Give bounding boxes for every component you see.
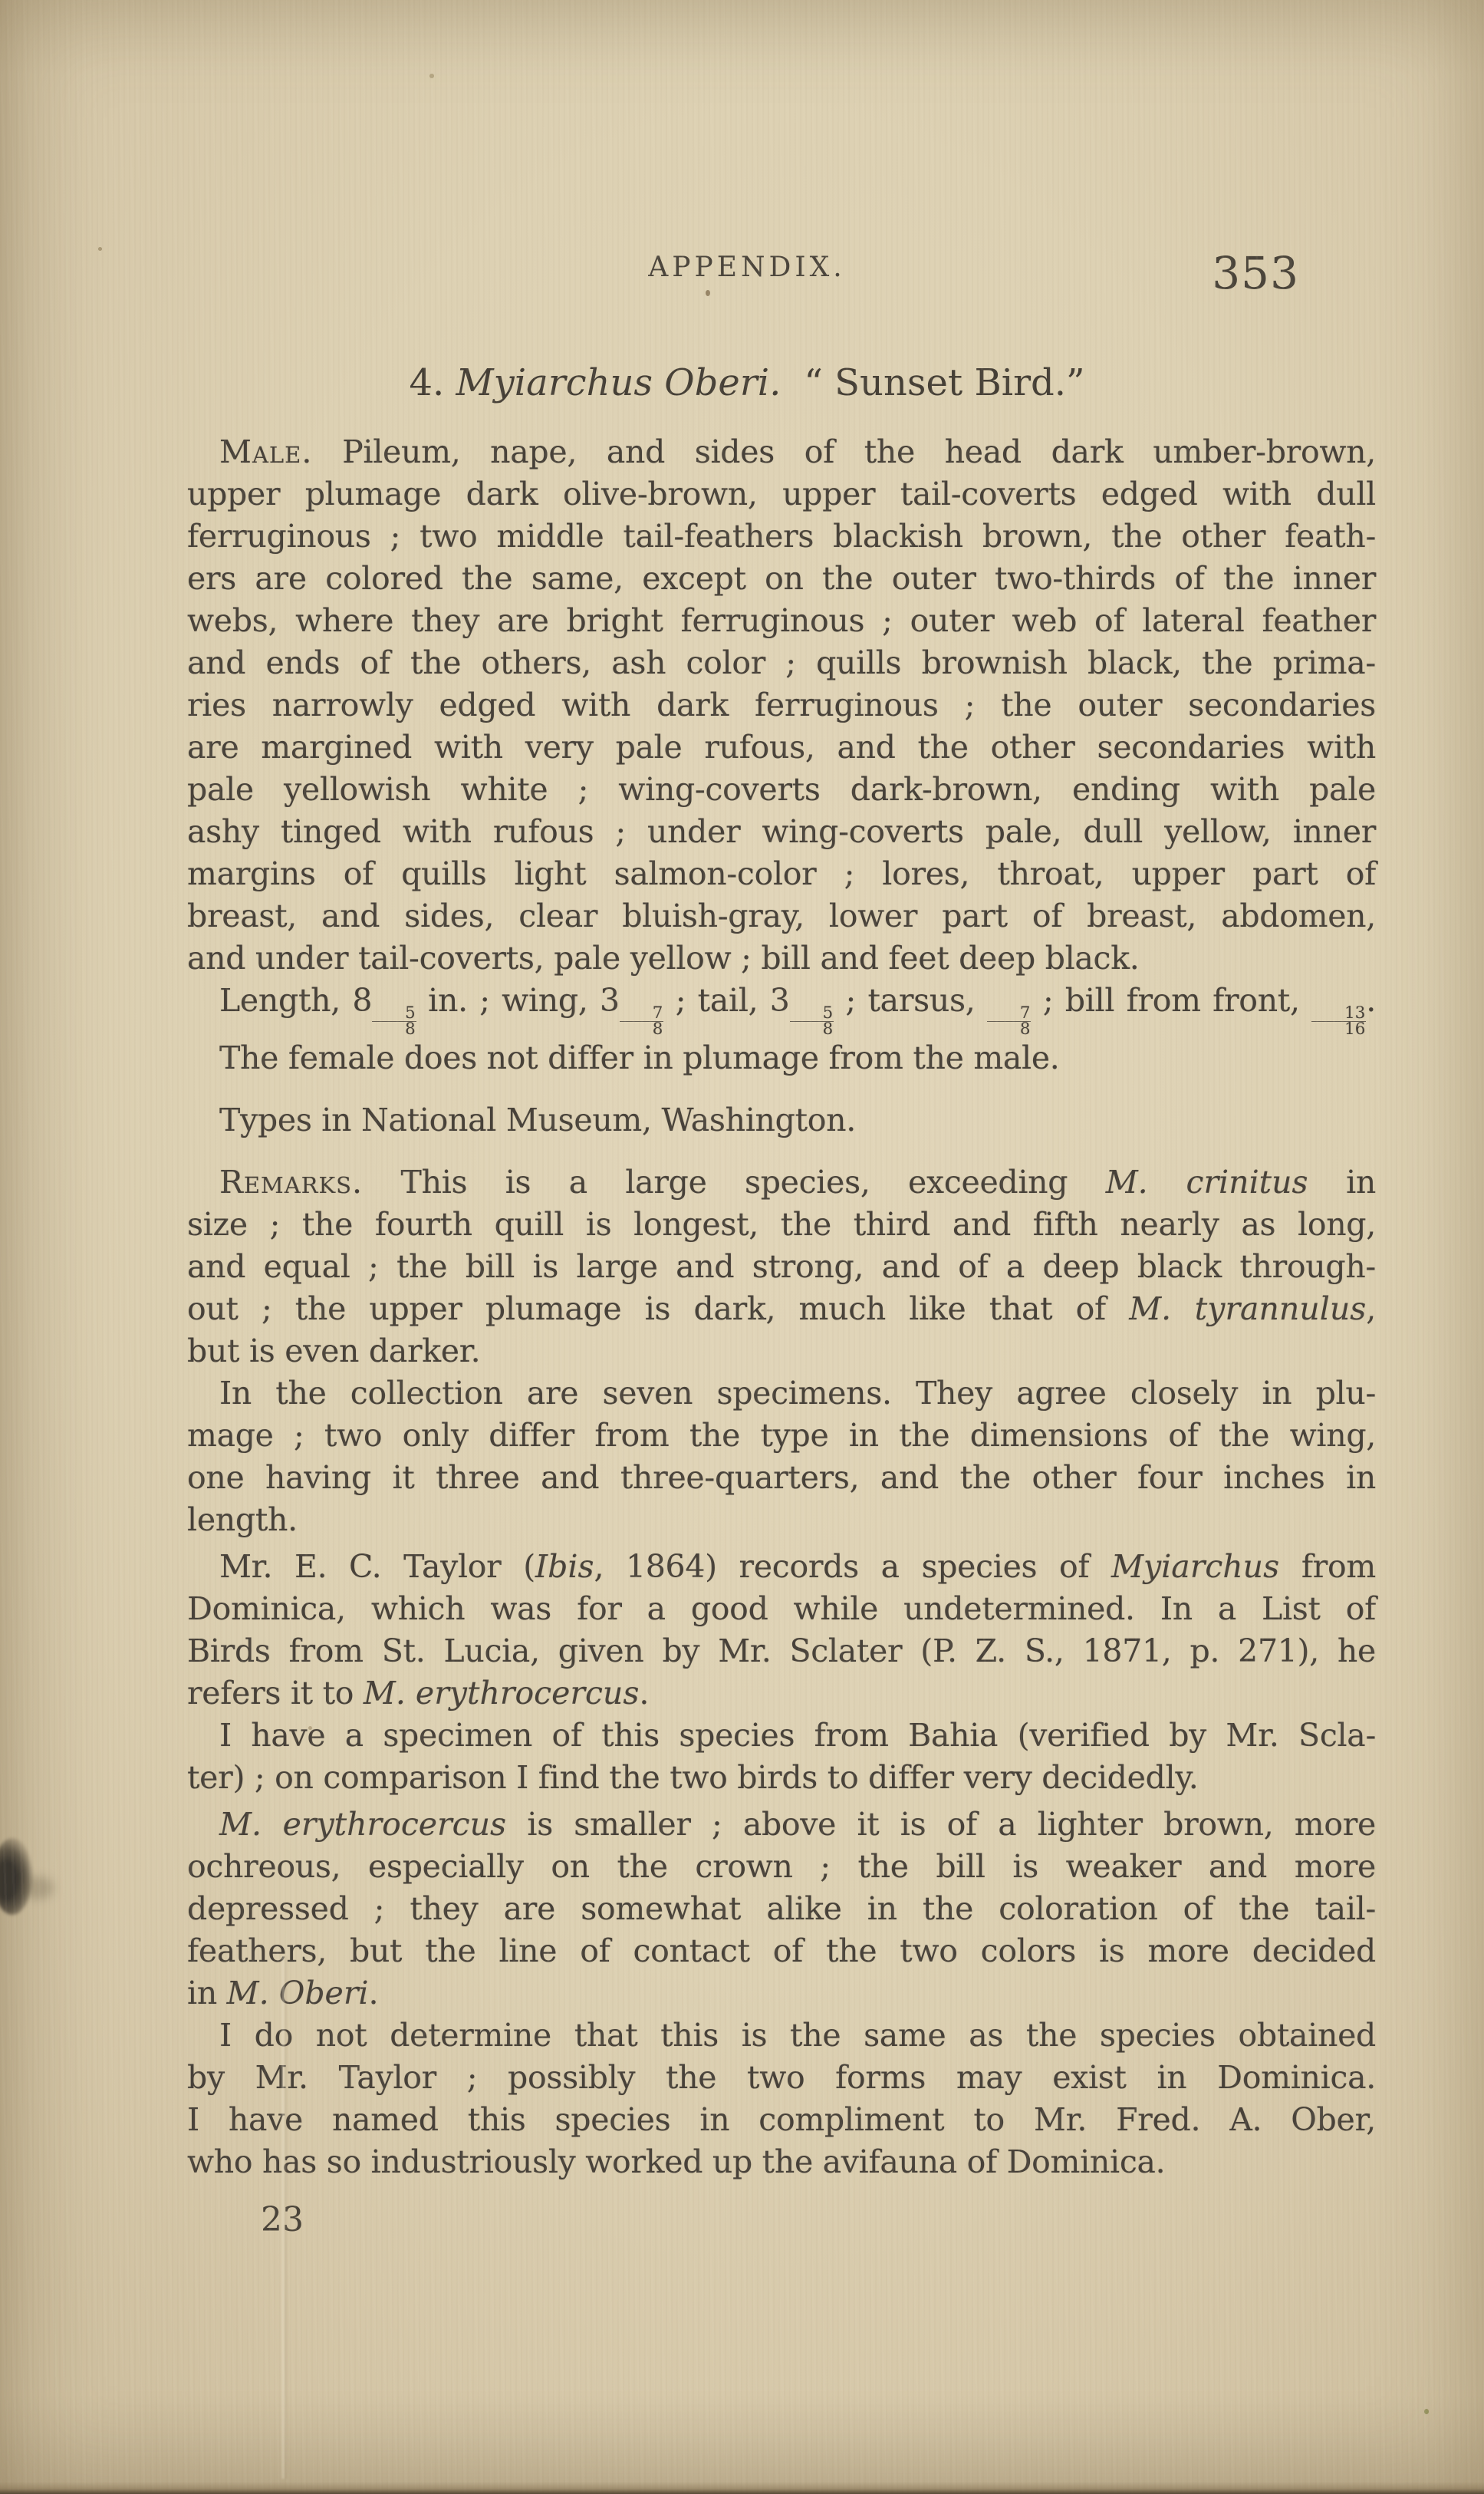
species-heading: 4. Myiarchus Oberi.“ Sunset Bird.”	[187, 359, 1307, 407]
running-title: APPENDIX.	[187, 252, 1307, 283]
text-line: ochreous, especially on the crown ; the …	[187, 1846, 1376, 1888]
text-line: Birds from St. Lucia, given by Mr. Sclat…	[187, 1630, 1376, 1672]
text-line: but is even darker.	[187, 1330, 1376, 1372]
page-number: 353	[1212, 247, 1299, 299]
text-line: ries narrowly edged with dark ferruginou…	[187, 684, 1376, 726]
paragraph: Male. Pileum, nape, and sides of the hea…	[187, 431, 1376, 980]
text-line: feathers, but the line of contact of the…	[187, 1930, 1376, 1972]
text-line: out ; the upper plumage is dark, much li…	[187, 1288, 1376, 1330]
text-line: Remarks. This is a large species, exceed…	[187, 1161, 1376, 1204]
paragraph: The female does not differ in plumage fr…	[187, 1037, 1376, 1079]
text-line: one having it three and three-quarters, …	[187, 1457, 1376, 1499]
text-line: Mr. E. C. Taylor (Ibis, 1864) records a …	[187, 1546, 1376, 1588]
species-number: 4.	[409, 361, 444, 404]
text-line: The female does not differ in plumage fr…	[187, 1037, 1376, 1079]
paper-crease	[281, 1956, 288, 2479]
text-line: in M. Oberi.	[187, 1972, 1376, 2015]
text-line: and ends of the others, ash color ; quil…	[187, 642, 1376, 684]
paper-speck	[1424, 2409, 1429, 2414]
species-common-name: “ Sunset Bird.”	[804, 361, 1084, 404]
text-line: pale yellowish white ; wing-coverts dark…	[187, 769, 1376, 811]
paragraph: Remarks. This is a large species, exceed…	[187, 1161, 1376, 1372]
text-line: I have named this species in compliment …	[187, 2099, 1376, 2141]
text-line: webs, where they are bright ferruginous …	[187, 600, 1376, 642]
text-line: upper plumage dark olive-brown, upper ta…	[187, 473, 1376, 516]
text-line: margins of quills light salmon-color ; l…	[187, 853, 1376, 895]
text-line: I have a specimen of this species from B…	[187, 1715, 1376, 1757]
text-block: Male. Pileum, nape, and sides of the hea…	[187, 431, 1376, 2183]
text-line: who has so industriously worked up the a…	[187, 2141, 1376, 2183]
paper-speck	[98, 247, 102, 251]
fraction: 78	[620, 1006, 664, 1037]
text-line: ter) ; on comparison I find the two bird…	[187, 1757, 1376, 1799]
text-line: are margined with very pale rufous, and …	[187, 726, 1376, 769]
paper-speck	[308, 1726, 312, 1730]
text-line: Dominica, which was for a good while und…	[187, 1588, 1376, 1630]
fraction: 78	[987, 1006, 1032, 1037]
paragraph: I have a specimen of this species from B…	[187, 1715, 1376, 1799]
paragraph: In the collection are seven specimens. T…	[187, 1372, 1376, 1541]
text-line: In the collection are seven specimens. T…	[187, 1372, 1376, 1415]
text-line: Types in National Museum, Washington.	[187, 1099, 1376, 1142]
paragraph: Length, 858 in. ; wing, 378 ; tail, 358 …	[187, 980, 1376, 1037]
text-line: by Mr. Taylor ; possibly the two forms m…	[187, 2057, 1376, 2099]
paragraph: I do not determine that this is the same…	[187, 2015, 1376, 2183]
text-line: depressed ; they are somewhat alike in t…	[187, 1888, 1376, 1930]
text-line: breast, and sides, clear bluish-gray, lo…	[187, 895, 1376, 937]
text-line: Male. Pileum, nape, and sides of the hea…	[187, 431, 1376, 473]
fraction: 58	[372, 1006, 416, 1037]
text-line: length.	[187, 1499, 1376, 1541]
text-line: Length, 858 in. ; wing, 378 ; tail, 358 …	[187, 980, 1376, 1037]
text-line: size ; the fourth quill is longest, the …	[187, 1204, 1376, 1246]
text-line: and equal ; the bill is large and strong…	[187, 1246, 1376, 1288]
text-line: ashy tinged with rufous ; under wing-cov…	[187, 811, 1376, 853]
text-line: ers are colored the same, except on the …	[187, 558, 1376, 600]
paragraph: Mr. E. C. Taylor (Ibis, 1864) records a …	[187, 1546, 1376, 1715]
page-bottom-edge	[0, 2482, 1484, 2494]
text-line: I do not determine that this is the same…	[187, 2015, 1376, 2057]
fraction: 58	[790, 1006, 834, 1037]
text-line: ferruginous ; two middle tail-feathers b…	[187, 516, 1376, 558]
fraction: 1316	[1311, 1006, 1366, 1037]
paper-speck	[429, 74, 434, 78]
text-line: refers it to M. erythrocercus.	[187, 1672, 1376, 1715]
paper-speck	[706, 290, 710, 296]
text-line: mage ; two only differ from the type in …	[187, 1415, 1376, 1457]
text-line: and under tail-coverts, pale yellow ; bi…	[187, 937, 1376, 980]
paragraph: Types in National Museum, Washington.	[187, 1099, 1376, 1142]
text-line: M. erythrocercus is smaller ; above it i…	[187, 1804, 1376, 1846]
page-header: APPENDIX. 353	[187, 247, 1307, 301]
species-name: Myiarchus Oberi.	[456, 361, 781, 404]
ink-blot	[0, 1838, 32, 1915]
paragraph: M. erythrocercus is smaller ; above it i…	[187, 1804, 1376, 2015]
ink-smudge	[21, 1876, 54, 1899]
book-page: APPENDIX. 353 4. Myiarchus Oberi.“ Sunse…	[0, 0, 1484, 2494]
